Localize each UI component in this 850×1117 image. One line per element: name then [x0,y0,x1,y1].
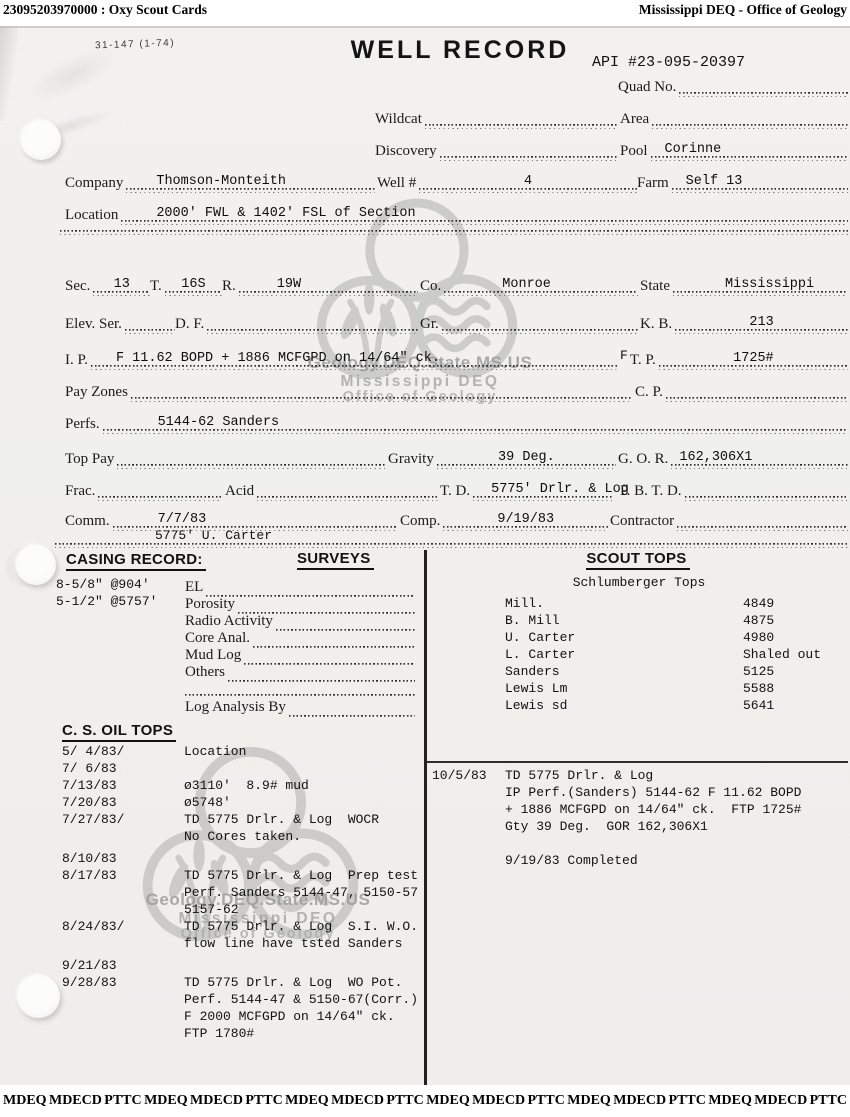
footer-item: MDEQ [708,1093,752,1109]
field-frac-label: Frac. [65,483,98,501]
footer-items: MDEQ MDECD PTTC MDEQ MDECD PTTC MDEQ MDE… [3,1093,847,1109]
field-sec-label: Sec. [65,278,93,296]
scout-top-row: Sanders5125 [505,664,848,681]
field-df-label: D. F. [175,316,207,334]
report-row: Gty 39 Deg. GOR 162,306X1 [432,819,848,836]
entry-text: Location [184,744,246,759]
bottom-footer-strip: MDEQ MDECD PTTC MDEQ MDECD PTTC MDEQ MDE… [0,1085,850,1117]
oil-top-row: No Cores taken. [62,829,424,846]
field-pool-line: Corinne [651,139,848,161]
field-range-line: 19W [239,274,418,296]
survey-blank-line [185,694,415,696]
field-pbtd-label: P. B. T. D. [620,483,685,501]
entry-date: 10/5/83 [432,768,487,783]
oil-top-row: 9/28/83TD 5775 Drlr. & Log WO Pot. [62,975,424,992]
footer-item: PTTC [386,1093,423,1109]
field-wildcat: Wildcat [375,107,618,129]
field-pbtd-line [685,479,848,501]
field-company-value: Thomson-Monteith [156,174,286,189]
field-ftp-value: 1725# [659,351,848,366]
field-sec-value: 13 [93,277,150,292]
oil-top-row: 7/ 6/83 [62,761,424,778]
field-gor-label: G. O. R. [618,451,671,469]
field-ftp-line: 1725# [659,348,848,370]
formation-name: B. Mill [505,613,560,628]
oil-top-row: 8/17/83TD 5775 Drlr. & Log Prep test [62,868,424,885]
report-row: + 1886 MCFGPD on 14/64" ck. FTP 1725# [432,802,848,819]
footer-item: MDECD [754,1093,807,1109]
footer-item: MDEQ [285,1093,329,1109]
field-county-line: Monroe [444,274,638,296]
field-perfs-line: 5144-62 Sanders [103,412,848,434]
entry-text: Perf. 5144-47 & 5150-67(Corr.) [184,992,418,1007]
footer-item: MDEQ [3,1093,47,1109]
footer-item: MDEQ [144,1093,188,1109]
field-gravity-value: 39 Deg. [437,450,616,465]
footer-item: MDECD [613,1093,666,1109]
oil-tops-title: C. S. OIL TOPS [62,722,176,742]
field-pool-label: Pool [620,143,651,161]
entry-text: TD 5775 Drlr. & Log WOCR [184,812,379,827]
hole-punch [17,975,60,1018]
field-state-label: State [640,278,673,296]
field-farm-label: Farm [637,175,672,193]
field-quad-label: Quad No. [618,79,679,97]
entry-text: ø3110' 8.9# mud [184,778,309,793]
field-pbtd: P. B. T. D. [620,479,848,501]
entry-text: TD 5775 Drlr. & Log [505,768,653,783]
field-company-label: Company [65,175,126,193]
survey-field-others-label: Others [185,664,228,682]
field-contractor: Contractor [610,509,848,531]
footer-item: MDECD [190,1093,243,1109]
field-comm-value-line2: 5775' U. Carter [155,528,272,543]
field-county-value: Monroe [502,277,551,292]
field-farm: Farm Self 13 [637,171,848,193]
field-kb-line: 213 [675,312,848,334]
footer-item: PTTC [245,1093,282,1109]
footer-item: MDECD [331,1093,384,1109]
footer-item: MDEQ [567,1093,611,1109]
field-well-number: Well # 4 [377,171,637,193]
oil-top-row: 7/20/83ø5748' [62,795,424,812]
entry-text: TD 5775 Drlr. & Log WO Pot. [184,975,402,990]
field-sec-line: 13 [93,274,150,296]
field-kb-value: 213 [675,315,848,330]
field-elev-ser-label: Elev. Ser. [65,316,125,334]
field-discovery-label: Discovery [375,143,440,161]
entry-date: 8/10/83 [62,851,117,866]
oil-top-row: 8/24/83/TD 5775 Drlr. & Log S.I. W.O. [62,919,424,936]
field-perfs-value: 5144-62 Sanders [158,415,280,430]
survey-field-log-analysis-line [289,697,415,717]
entry-date: 7/27/83/ [62,812,124,827]
field-gravity-line: 39 Deg. [437,447,616,469]
field-perfs-label: Perfs. [65,416,103,434]
field-top-pay-line [117,447,386,469]
formation-depth: 5588 [743,681,774,696]
formation-depth: 4980 [743,630,774,645]
field-comp-value: 9/19/83 [443,512,608,527]
field-comp: Comp. 9/19/83 [400,509,608,531]
scout-top-row: Mill.4849 [505,596,848,613]
field-township-value: 16S [165,277,222,292]
field-quad-line [679,75,848,97]
field-cp-line [666,380,848,402]
casing-entry: 8-5/8" @904' [56,577,150,592]
field-pay-zones-label: Pay Zones [65,384,131,402]
formation-depth: 5641 [743,698,774,713]
casing-record-section: CASING RECORD: [66,551,206,571]
field-range-value: 19W [277,277,301,292]
field-pay-zones-line [131,380,632,402]
field-df: D. F. [175,312,418,334]
document-id: 23095203970000 : Oxy Scout Cards [3,2,207,18]
field-ip: I. P. F 11.62 BOPD + 1886 MCFGPD on 14/6… [65,348,618,370]
field-pool-value: Corinne [665,142,722,157]
field-gr: Gr. [420,312,638,334]
field-comp-label: Comp. [400,513,443,531]
formation-name: Lewis Lm [505,681,567,696]
oil-tops-section: C. S. OIL TOPS [62,722,176,742]
field-area-label: Area [620,111,652,129]
footer-item: MDECD [472,1093,525,1109]
oil-top-row: F 2000 MCFGPD on 14/64" ck. [62,1009,424,1026]
field-td-value: 5775' Drlr. & Log [491,482,629,497]
field-frac: Frac. [65,479,222,501]
scan-corner-shadow [0,26,18,121]
field-county: Co. Monroe [420,274,638,296]
field-ftp: F T. P. 1725# [620,348,848,370]
casing-entry: 5-1/2" @5757' [56,594,157,609]
report-row: 9/19/83 Completed [432,853,848,870]
surveys-title: SURVEYS [297,550,374,570]
entry-text: Perf. Sanders 5144-47, 5150-57 [184,885,418,900]
footer-item: PTTC [527,1093,564,1109]
entry-text: No Cores taken. [184,829,301,844]
oil-top-row: 5/ 4/83/Location [62,744,424,761]
field-well-number-label: Well # [377,175,419,193]
report-row: 10/5/83TD 5775 Drlr. & Log [432,768,848,785]
field-area: Area [620,107,848,129]
field-discovery-line [440,139,618,161]
field-pool: Pool Corinne [620,139,848,161]
footer-item: MDEQ [426,1093,470,1109]
scout-tops-section: SCOUT TOPS [428,550,848,570]
entry-text: FTP 1780# [184,1026,254,1041]
oil-top-row: 7/27/83/TD 5775 Drlr. & Log WOCR [62,812,424,829]
field-location-label: Location [65,207,121,225]
entry-text: Gty 39 Deg. GOR 162,306X1 [505,819,708,834]
field-range: R. 19W [222,274,418,296]
hole-punch [21,120,61,160]
column-divider-line [424,550,427,1085]
report-top-rule [427,761,848,763]
field-elev-ser-line [125,312,175,334]
entry-text: IP Perf.(Sanders) 5144-62 F 11.62 BOPD [505,785,801,800]
entry-date: 9/28/83 [62,975,117,990]
field-acid: Acid [225,479,438,501]
formation-depth: 4849 [743,596,774,611]
field-company: Company Thomson-Monteith [65,171,375,193]
field-ip-label: I. P. [65,352,91,370]
field-frac-line [98,479,222,501]
formation-name: Sanders [505,664,560,679]
entry-text: + 1886 MCFGPD on 14/64" ck. FTP 1725# [505,802,801,817]
form-title: WELL RECORD [330,36,590,65]
field-kb: K. B. 213 [640,312,848,334]
field-state: State Mississippi [640,274,848,296]
scout-top-row: Lewis sd5641 [505,698,848,715]
field-company-line: Thomson-Monteith [126,171,375,193]
formation-name: L. Carter [505,647,575,662]
field-contractor-label: Contractor [610,513,677,531]
oil-top-row: 8/10/83 [62,851,424,868]
footer-item: PTTC [810,1093,847,1109]
scout-top-row: Lewis Lm5588 [505,681,848,698]
formation-depth: Shaled out [743,647,821,662]
oil-top-row: 5157-62 [62,902,424,919]
field-td: T. D. 5775' Drlr. & Log [440,479,612,501]
entry-date: 8/24/83/ [62,919,124,934]
entry-text: 5157-62 [184,902,239,917]
field-well-number-value: 4 [419,174,637,189]
scout-top-row: L. CarterShaled out [505,647,848,664]
field-acid-label: Acid [225,483,257,501]
field-top-pay-label: Top Pay [65,451,117,469]
footer-item: MDECD [49,1093,102,1109]
oil-top-row: Perf. Sanders 5144-47, 5150-57 [62,885,424,902]
formation-depth: 4875 [743,613,774,628]
field-comp-line: 9/19/83 [443,509,608,531]
field-cp: C. P. [635,380,848,402]
scanned-well-record-page: { "colors": { "paper": "#f1f0ee", "ink":… [0,0,850,1117]
field-area-line [652,107,848,129]
field-location-line: 2000' FWL & 1402' FSL of Section [121,203,848,225]
field-acid-line [257,479,438,501]
field-td-line: 5775' Drlr. & Log [473,479,612,501]
scout-tops-title: SCOUT TOPS [586,550,689,570]
casing-record-title: CASING RECORD: [66,551,206,571]
oil-top-row: FTP 1780# [62,1026,424,1043]
field-comm-label: Comm. [65,513,113,531]
formation-name: Lewis sd [505,698,567,713]
field-kb-label: K. B. [640,316,675,334]
entry-text: F 2000 MCFGPD on 14/64" ck. [184,1009,395,1024]
entry-date: 7/20/83 [62,795,117,810]
field-gravity-label: Gravity [388,451,437,469]
oil-top-row: Perf. 5144-47 & 5150-67(Corr.) [62,992,424,1009]
field-township-label: T. [150,278,165,296]
field-ftp-label: T. P. [630,352,659,370]
formation-depth: 5125 [743,664,774,679]
field-gor-line: 162,306X1 [671,447,848,469]
field-state-value: Mississippi [725,277,814,292]
field-county-label: Co. [420,278,444,296]
entry-text: TD 5775 Drlr. & Log S.I. W.O. [184,919,418,934]
api-number: API #23-095-20397 [592,54,745,71]
field-gr-label: Gr. [420,316,442,334]
field-township-line: 16S [165,274,222,296]
field-df-line [207,312,418,334]
top-header-strip: 23095203970000 : Oxy Scout Cards Mississ… [0,0,850,26]
entry-date: 9/21/83 [62,958,117,973]
report-row: IP Perf.(Sanders) 5144-62 F 11.62 BOPD [432,785,848,802]
entry-date: 5/ 4/83/ [62,744,124,759]
field-location: Location 2000' FWL & 1402' FSL of Sectio… [65,203,848,225]
formation-name: U. Carter [505,630,575,645]
field-location-value: 2000' FWL & 1402' FSL of Section [156,206,415,221]
scout-top-row: B. Mill4875 [505,613,848,630]
oil-top-row: flow line have tsted Sanders [62,936,424,953]
field-farm-value: Self 13 [686,174,743,189]
field-range-label: R. [222,278,239,296]
hole-punch [16,545,56,585]
footer-item: PTTC [104,1093,141,1109]
scout-top-row: U. Carter4980 [505,630,848,647]
survey-field-log-analysis: Log Analysis By [185,697,415,717]
field-comm-value: 7/7/83 [158,512,207,527]
field-ip-line: F 11.62 BOPD + 1886 MCFGPD on 14/64" ck. [91,348,618,370]
field-perfs: Perfs. 5144-62 Sanders [65,412,848,434]
field-state-line: Mississippi [673,274,848,296]
entry-date: 7/13/83 [62,778,117,793]
footer-item: PTTC [669,1093,706,1109]
field-quad: Quad No. [618,75,848,97]
field-pay-zones: Pay Zones [65,380,632,402]
agency-name: Mississippi DEQ - Office of Geology [639,2,847,18]
field-farm-line: Self 13 [672,171,848,193]
entry-text: 9/19/83 Completed [505,853,638,868]
field-top-pay: Top Pay [65,447,386,469]
field-discovery: Discovery [375,139,618,161]
oil-top-row: 7/13/83ø3110' 8.9# mud [62,778,424,795]
entry-text: TD 5775 Drlr. & Log Prep test [184,868,418,883]
field-td-label: T. D. [440,483,473,501]
field-gor: G. O. R. 162,306X1 [618,447,848,469]
field-ftp-typed-prefix: F [620,348,630,363]
entry-date: 8/17/83 [62,868,117,883]
entry-text: flow line have tsted Sanders [184,936,402,951]
field-ip-value: F 11.62 BOPD + 1886 MCFGPD on 14/64" ck. [116,351,440,366]
field-elev-ser: Elev. Ser. [65,312,175,334]
entry-text: ø5748' [184,795,231,810]
separator-line [55,543,848,548]
entry-date: 7/ 6/83 [62,761,117,776]
surveys-section: SURVEYS [297,550,374,570]
field-township: T. 16S [150,274,222,296]
survey-field-log-analysis-label: Log Analysis By [185,699,289,717]
field-well-number-line: 4 [419,171,637,193]
field-wildcat-line [425,107,618,129]
field-gr-line [442,312,638,334]
field-gravity: Gravity 39 Deg. [388,447,616,469]
oil-top-row: 9/21/83 [62,958,424,975]
field-contractor-line [677,509,848,531]
field-gor-value: 162,306X1 [679,450,752,465]
field-wildcat-label: Wildcat [375,111,425,129]
survey-field-others-line [228,662,415,682]
survey-field-others: Others [185,662,415,682]
separator-line [60,230,848,235]
field-sec: Sec. 13 [65,274,150,296]
field-cp-label: C. P. [635,384,666,402]
scout-tops-subtitle: Schlumberger Tops [430,575,848,590]
formation-name: Mill. [505,596,544,611]
